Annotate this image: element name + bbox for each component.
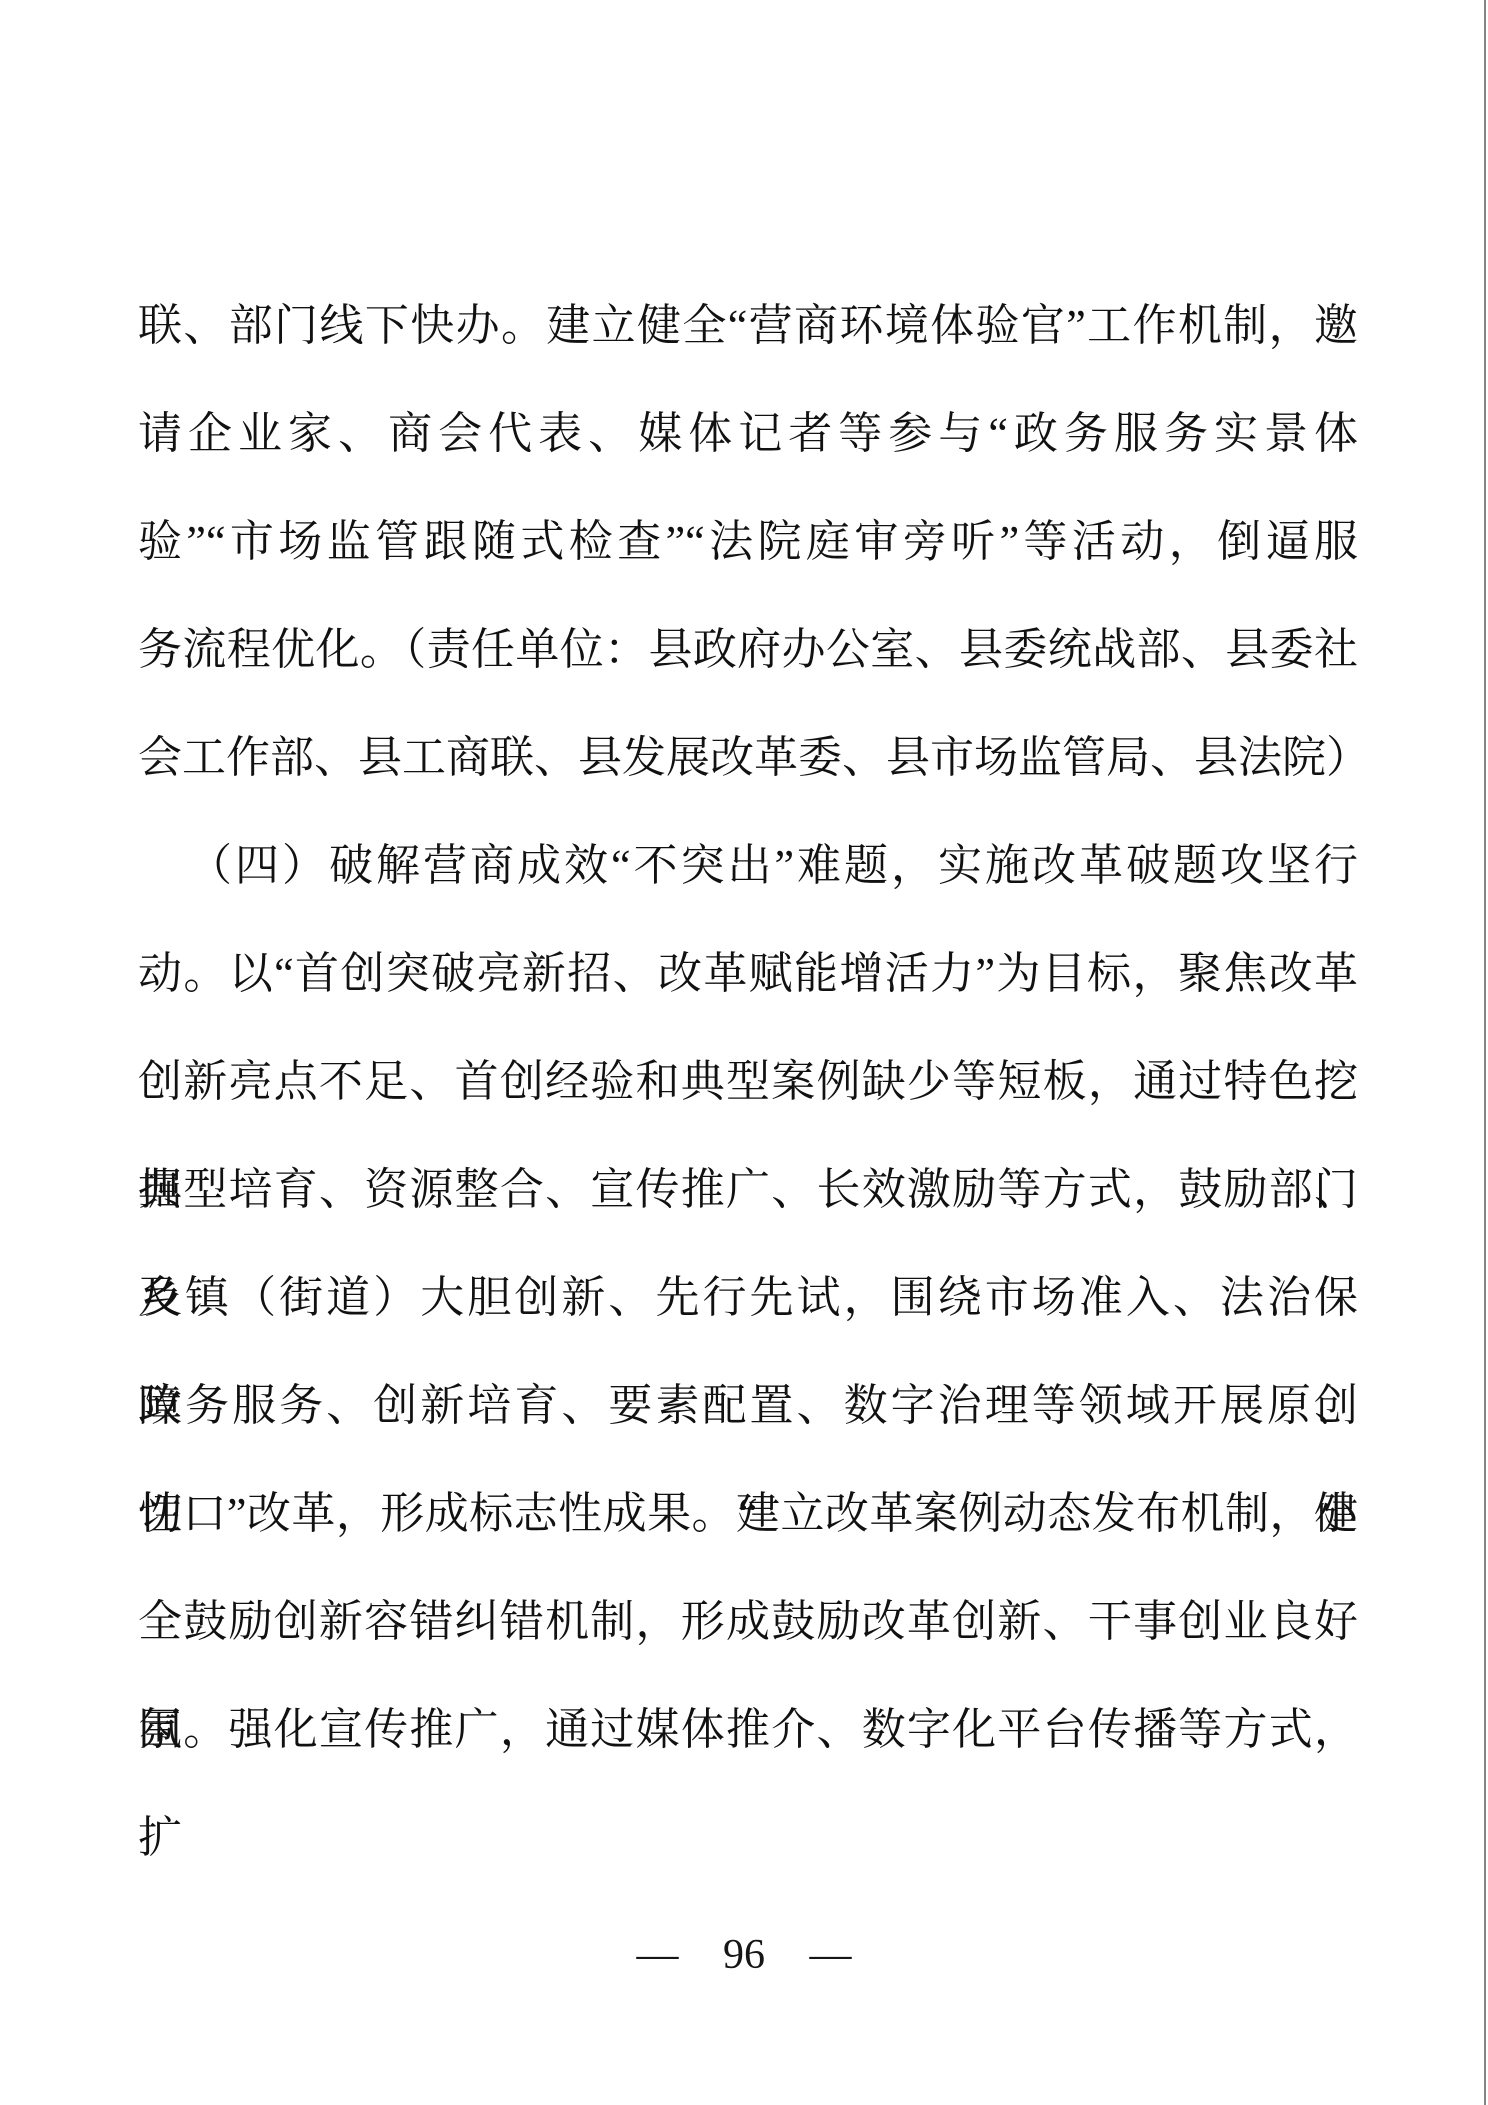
body-text-line: 务流程优化。（责任单位：县政府办公室、县委统战部、县委社 xyxy=(138,596,1358,704)
body-text-line-section-heading: （四）破解营商成效“不突出”难题，实施改革破题攻坚行 xyxy=(138,812,1358,920)
body-text-line: 联、部门线下快办。建立健全“营商环境体验官”工作机制，邀 xyxy=(138,272,1358,380)
body-text-line: 会工作部、县工商联、县发展改革委、县市场监管局、县法院） xyxy=(138,704,1358,812)
body-text-line: 创新亮点不足、首创经验和典型案例缺少等短板，通过特色挖掘、 xyxy=(138,1028,1358,1136)
body-text-block: 联、部门线下快办。建立健全“营商环境体验官”工作机制，邀 请企业家、商会代表、媒… xyxy=(138,272,1358,1784)
body-text-line: 政务服务、创新培育、要素配置、数字治理等领域开展原创性“小 xyxy=(138,1352,1358,1460)
body-text-line: 全鼓励创新容错纠错机制，形成鼓励改革创新、干事创业良好氛 xyxy=(138,1568,1358,1676)
body-text-line: 典型培育、资源整合、宣传推广、长效激励等方式，鼓励部门及 xyxy=(138,1136,1358,1244)
body-text-line: 围。强化宣传推广，通过媒体推介、数字化平台传播等方式，扩 xyxy=(138,1676,1358,1784)
document-page: 联、部门线下快办。建立健全“营商环境体验官”工作机制，邀 请企业家、商会代表、媒… xyxy=(0,0,1488,2105)
body-text-line: 切口”改革，形成标志性成果。建立改革案例动态发布机制，健 xyxy=(138,1460,1358,1568)
body-text-line: 验”“市场监管跟随式检查”“法院庭审旁听”等活动，倒逼服 xyxy=(138,488,1358,596)
body-text-line: 动。以“首创突破亮新招、改革赋能增活力”为目标，聚焦改革 xyxy=(138,920,1358,1028)
body-text-line: 乡镇（街道）大胆创新、先行先试，围绕市场准入、法治保障、 xyxy=(138,1244,1358,1352)
page-number: — 96 — xyxy=(0,1925,1488,1985)
body-text-line: 请企业家、商会代表、媒体记者等参与“政务服务实景体 xyxy=(138,380,1358,488)
page-edge-line xyxy=(1484,0,1486,2105)
